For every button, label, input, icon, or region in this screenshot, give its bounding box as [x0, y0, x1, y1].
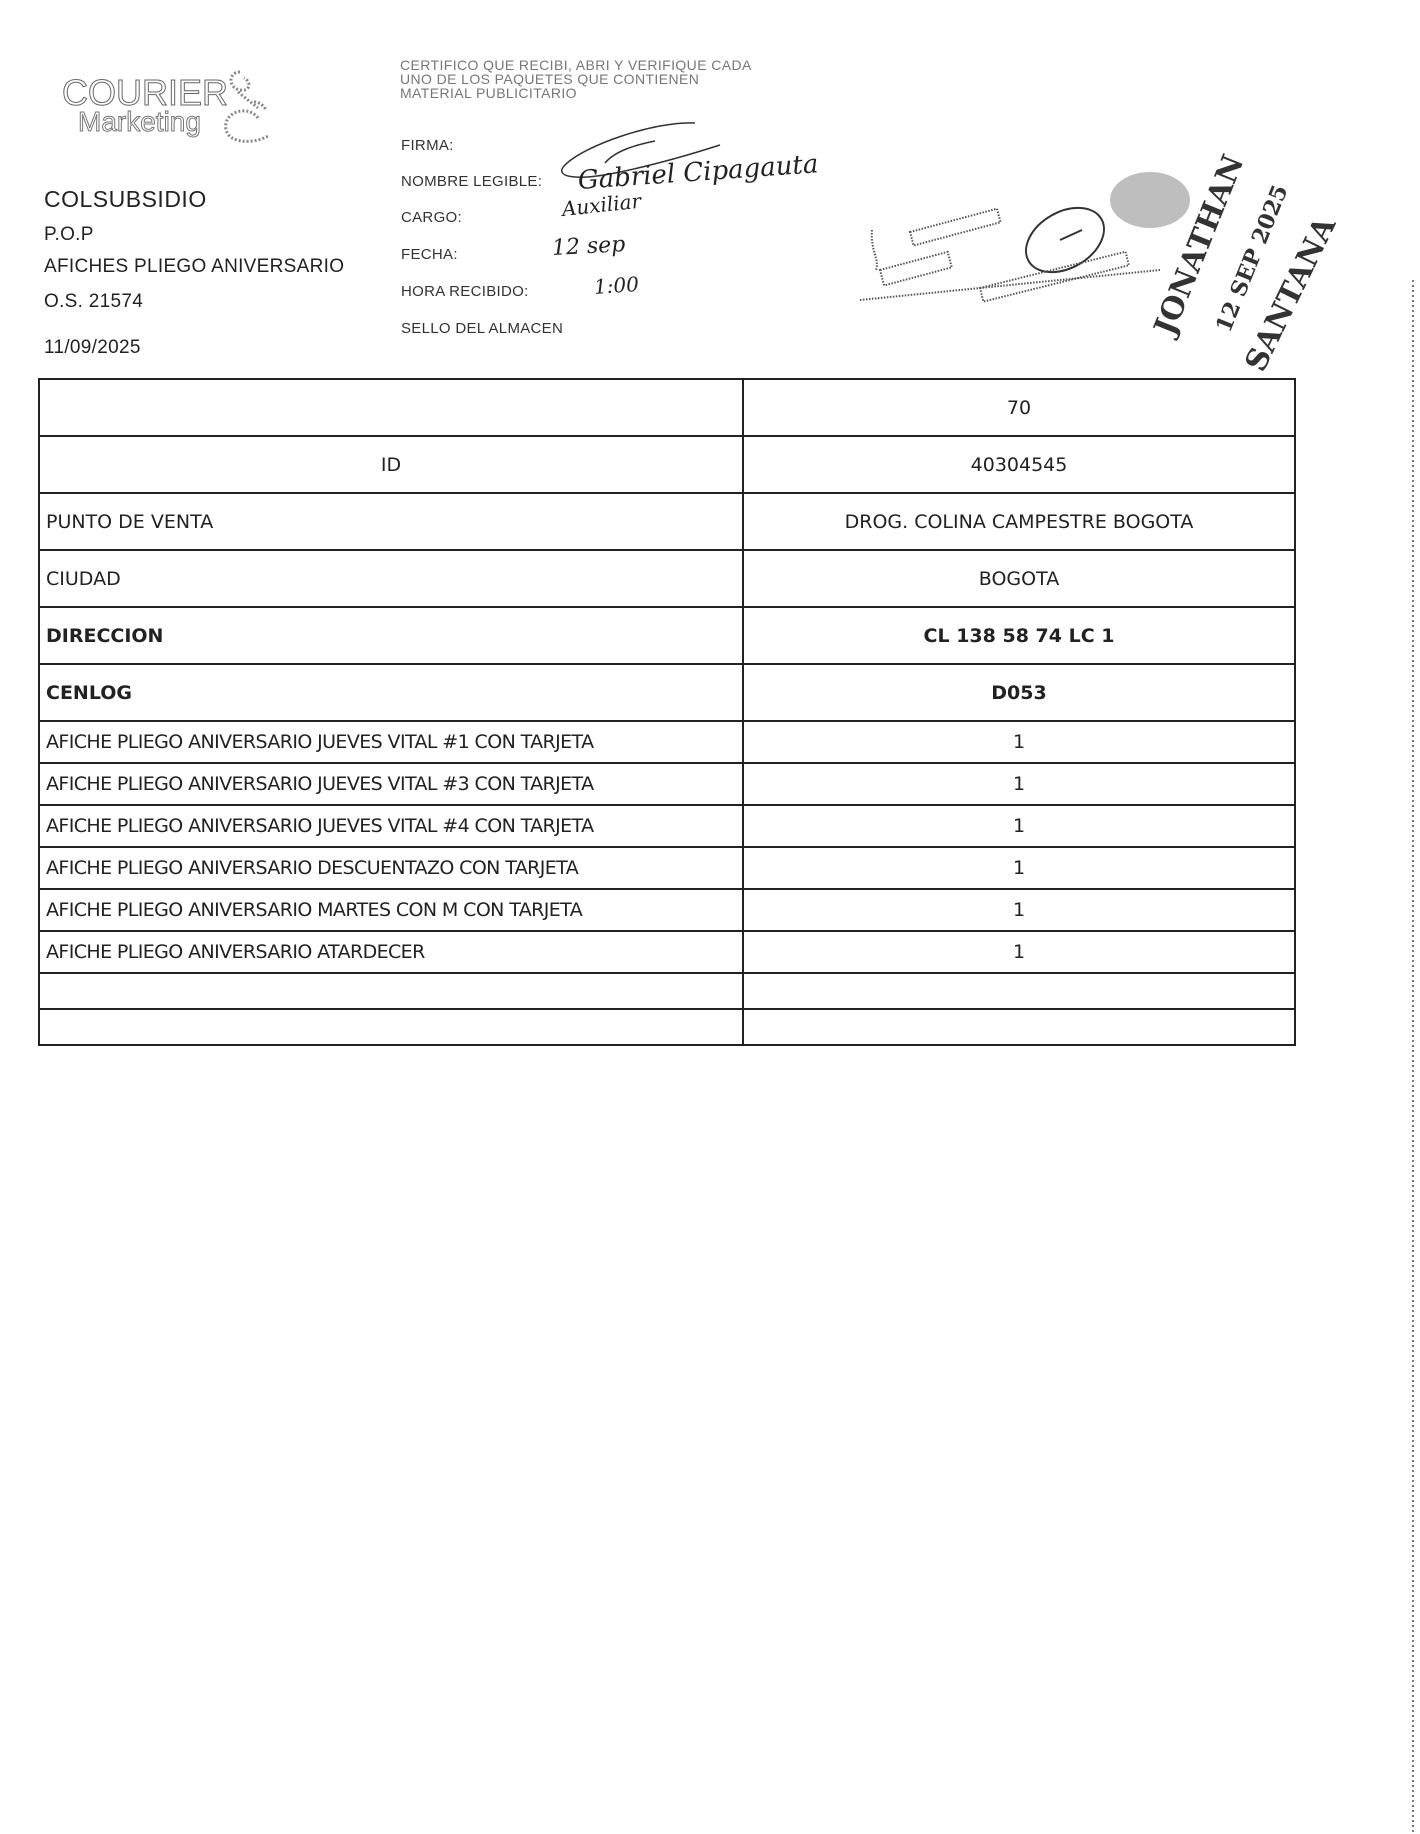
table-row-item: AFICHE PLIEGO ANIVERSARIO MARTES CON M C…	[39, 889, 1295, 931]
item-qty: 1	[743, 763, 1295, 805]
table-row-header: 70	[39, 379, 1295, 436]
order-number: O.S. 21574	[44, 291, 143, 313]
category: P.O.P	[44, 224, 94, 246]
handwritten-fecha: 12 sep	[551, 232, 626, 261]
table-row-empty	[39, 973, 1295, 1009]
item-qty: 1	[743, 847, 1295, 889]
direccion-label: DIRECCION	[39, 607, 743, 664]
nombre-legible-label: NOMBRE LEGIBLE:	[401, 173, 542, 190]
id-value: 40304545	[743, 436, 1295, 493]
table-row-item: AFICHE PLIEGO ANIVERSARIO JUEVES VITAL #…	[39, 721, 1295, 763]
empty-cell	[743, 1009, 1295, 1045]
empty-cell	[743, 973, 1295, 1009]
delivery-table: 70 ID 40304545 PUNTO DE VENTA DROG. COLI…	[38, 378, 1296, 1046]
item-label: AFICHE PLIEGO ANIVERSARIO JUEVES VITAL #…	[39, 721, 743, 763]
courier-marketing-logo: COURIER Marketing	[40, 66, 270, 144]
empty-cell	[39, 973, 743, 1009]
table-row-punto-de-venta: PUNTO DE VENTA DROG. COLINA CAMPESTRE BO…	[39, 493, 1295, 550]
direccion-value: CL 138 58 74 LC 1	[743, 607, 1295, 664]
item-label: AFICHE PLIEGO ANIVERSARIO MARTES CON M C…	[39, 889, 743, 931]
table-row-item: AFICHE PLIEGO ANIVERSARIO JUEVES VITAL #…	[39, 763, 1295, 805]
item-label: AFICHE PLIEGO ANIVERSARIO ATARDECER	[39, 931, 743, 973]
cenlog-value: D053	[743, 664, 1295, 721]
table-row-id: ID 40304545	[39, 436, 1295, 493]
header-number: 70	[743, 379, 1295, 436]
item-label: AFICHE PLIEGO ANIVERSARIO DESCUENTAZO CO…	[39, 847, 743, 889]
id-label: ID	[39, 436, 743, 493]
sello-almacen-label: SELLO DEL ALMACEN	[401, 320, 563, 337]
empty-cell	[39, 1009, 743, 1045]
table-row-direccion: DIRECCION CL 138 58 74 LC 1	[39, 607, 1295, 664]
campaign-name: AFICHES PLIEGO ANIVERSARIO	[44, 256, 344, 278]
logo-mark-icon	[218, 68, 274, 144]
warehouse-stamp: JONATHAN 12 SEP 2025 SANTANA	[850, 160, 1330, 370]
item-qty: 1	[743, 889, 1295, 931]
firma-label: FIRMA:	[401, 137, 454, 154]
hora-recibido-label: HORA RECIBIDO:	[401, 283, 529, 300]
table-row-cenlog: CENLOG D053	[39, 664, 1295, 721]
ciudad-label: CIUDAD	[39, 550, 743, 607]
item-qty: 1	[743, 721, 1295, 763]
scanner-edge	[1412, 280, 1414, 1834]
document-date: 11/09/2025	[44, 337, 141, 359]
cargo-label: CARGO:	[401, 209, 462, 226]
table-row-item: AFICHE PLIEGO ANIVERSARIO ATARDECER 1	[39, 931, 1295, 973]
client-name: COLSUBSIDIO	[44, 186, 207, 213]
item-label: AFICHE PLIEGO ANIVERSARIO JUEVES VITAL #…	[39, 763, 743, 805]
table-row-item: AFICHE PLIEGO ANIVERSARIO JUEVES VITAL #…	[39, 805, 1295, 847]
header-label-cell	[39, 379, 743, 436]
punto-de-venta-value: DROG. COLINA CAMPESTRE BOGOTA	[743, 493, 1295, 550]
item-qty: 1	[743, 805, 1295, 847]
table-row-empty	[39, 1009, 1295, 1045]
certification-text: CERTIFICO QUE RECIBI, ABRI Y VERIFIQUE C…	[400, 58, 760, 100]
handwritten-hora: 1:00	[593, 272, 639, 299]
handwritten-cargo: Auxiliar	[561, 189, 642, 221]
ciudad-value: BOGOTA	[743, 550, 1295, 607]
logo-line-2: Marketing	[78, 106, 201, 138]
item-label: AFICHE PLIEGO ANIVERSARIO JUEVES VITAL #…	[39, 805, 743, 847]
cenlog-label: CENLOG	[39, 664, 743, 721]
fecha-label: FECHA:	[401, 246, 458, 263]
item-qty: 1	[743, 931, 1295, 973]
table-row-ciudad: CIUDAD BOGOTA	[39, 550, 1295, 607]
punto-de-venta-label: PUNTO DE VENTA	[39, 493, 743, 550]
table-row-item: AFICHE PLIEGO ANIVERSARIO DESCUENTAZO CO…	[39, 847, 1295, 889]
